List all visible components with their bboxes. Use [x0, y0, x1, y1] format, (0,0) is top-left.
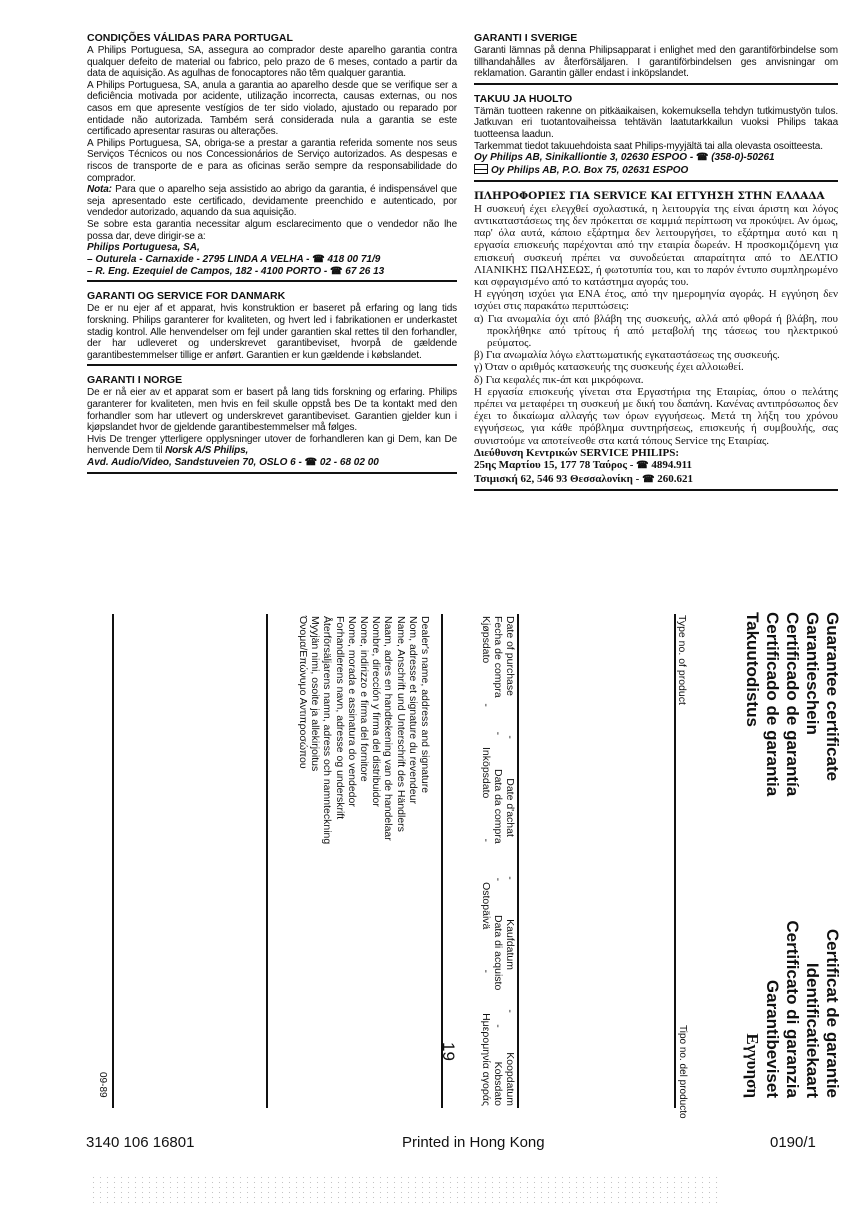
card-title: Garantibeviset: [762, 908, 782, 1098]
printed-in: Printed in Hong Kong: [402, 1134, 545, 1151]
page-number-line: [441, 614, 443, 1108]
finland-para-1: Tämän tuotteen rakenne on pitkäaikaisen,…: [474, 106, 838, 141]
left-column: CONDIÇÕES VÁLIDAS PARA PORTUGAL A Philip…: [87, 32, 457, 474]
heading-norway: GARANTI I NORGE: [87, 374, 457, 386]
card-title: Guarantee certificate: [822, 612, 842, 796]
greece-address-heading: Διεύθυνση Κεντρικών SERVICE PHILIPS:: [474, 447, 838, 459]
norway-para-2: Hvis De trenger ytterligere opplysninger…: [87, 434, 457, 457]
norway-para-1: De er nå eier av et apparat som er baser…: [87, 387, 457, 433]
phone-number: 02 - 68 02 00: [320, 457, 379, 468]
greece-para-3: Η εργασία επισκευής γίνεται στα Εργαστήρ…: [474, 386, 838, 447]
type-label: Type no. of product: [676, 615, 688, 705]
greece-item-a: α) Για ανωμαλία όχι από βλάβη της συσκευ…: [474, 313, 838, 350]
heading-sweden: GARANTI I SVERIGE: [474, 32, 838, 44]
card-title: Certificado de garantia: [762, 612, 782, 796]
section-finland: TAKUU JA HUOLTO Tämän tuotteen rakenne o…: [474, 93, 838, 182]
phone-icon: ☎: [305, 457, 317, 469]
portugal-company: Philips Portuguesa, SA,: [87, 242, 457, 254]
date-labels: Date of purchase-Date d'achat-Kaufdatum-…: [479, 616, 516, 1106]
dealer-labels: Dealer's name, address and signature Nom…: [297, 616, 431, 844]
phone-number: 67 26 13: [345, 266, 384, 277]
dealer-label: Dealer's name, address and signature: [419, 616, 431, 844]
card-titles-left: Guarantee certificate Garantieschein Cer…: [742, 612, 842, 796]
greece-para-2: Η εγγύηση ισχύει για ΕΝΑ έτος, από την η…: [474, 288, 838, 312]
portugal-address-1: – Outurela - Carnaxide - 2795 LINDA A VE…: [87, 254, 457, 266]
section-greece: ΠΛΗΡΟΦΟΡΙΕΣ ΓΙΑ SERVICE ΚΑΙ ΕΓΓΥΗΣΗ ΣΤΗΝ…: [474, 190, 838, 491]
dealer-label: Återförsäljarens namn, adress och namnte…: [321, 616, 333, 844]
sweden-para-1: Garanti lämnas på denna Philipsapparat i…: [474, 45, 838, 80]
note-text: Para que o aparelho seja assistido ao ab…: [87, 184, 457, 218]
phone-icon: ☎: [636, 460, 648, 472]
section-denmark: GARANTI OG SERVICE FOR DANMARK De er nu …: [87, 290, 457, 366]
part-number: 3140 106 16801: [86, 1134, 194, 1151]
greece-address-2: Τσιμισκή 62, 546 93 Θεσσαλονίκη - ☎ 260.…: [474, 473, 838, 486]
dealer-label: Naam, adres en handtekening van de hande…: [382, 616, 394, 844]
heading-portugal: CONDIÇÕES VÁLIDAS PARA PORTUGAL: [87, 32, 457, 44]
page-number: 19: [438, 1042, 458, 1061]
phone-icon: ☎: [642, 474, 654, 486]
signature-line: [112, 614, 114, 1108]
dealer-label: Name, Anschrift und Unterschrift des Hän…: [394, 616, 406, 844]
portugal-para-1: A Philips Portuguesa, SA, assegura ao co…: [87, 45, 457, 80]
portugal-note: Nota: Para que o aparelho seja assistido…: [87, 184, 457, 219]
greece-para-1: Η συσκευή έχει ελεγχθεί σχολαστικά, η λε…: [474, 203, 838, 288]
date-code: 09-89: [97, 1072, 108, 1098]
greece-item-d: δ) Για κεφαλές πικ-άπ και μικρόφωνα.: [474, 374, 838, 386]
date-field-line: [517, 614, 519, 1108]
norway-company: Norsk A/S Philips,: [165, 445, 248, 456]
card-title: Εγγυηση: [742, 908, 762, 1098]
denmark-para-1: De er nu ejer af et apparat, hvis konstr…: [87, 303, 457, 361]
date-row: Date of purchase-Date d'achat-Kaufdatum-…: [504, 616, 516, 1106]
card-title: Certificato di garanzia: [782, 908, 802, 1098]
phone-number: 260.621: [657, 473, 693, 485]
finland-address-2: Oy Philips AB, P.O. Box 75, 02631 ESPOO: [474, 164, 838, 177]
dealer-label: Forhandlerens navn, adresse og underskri…: [333, 616, 345, 844]
phone-icon: ☎: [312, 254, 324, 266]
heading-finland: TAKUU JA HUOLTO: [474, 93, 838, 105]
date-row: Fecha de compra-Data da compra-Data di a…: [492, 616, 504, 1106]
card-title: Garantieschein: [802, 612, 822, 796]
finland-address-1: Oy Philips AB, Sinikalliontie 3, 02630 E…: [474, 152, 838, 164]
dealer-label: Nome, morada e assinatura do vendedor: [346, 616, 358, 844]
heading-denmark: GARANTI OG SERVICE FOR DANMARK: [87, 290, 457, 302]
right-column: GARANTI I SVERIGE Garanti lämnas på denn…: [474, 32, 838, 491]
dealer-label: Myyjän nimi, osoite ja allekirjoitus: [309, 616, 321, 844]
dealer-label: Nombre, dirección y firma del distribuid…: [370, 616, 382, 844]
section-portugal: CONDIÇÕES VÁLIDAS PARA PORTUGAL A Philip…: [87, 32, 457, 282]
type-label-es: Tipo no. del producto: [676, 1025, 688, 1119]
greece-item-b: β) Για ανωμαλία λόγω ελαττωματικής εγκατ…: [474, 349, 838, 361]
phone-number: 4894.911: [651, 459, 692, 471]
norway-address: Avd. Audio/Video, Sandstuveien 70, OSLO …: [87, 457, 457, 469]
phone-number: (358-0)-50261: [711, 152, 774, 163]
card-title: Certificado de garantía: [782, 612, 802, 796]
dealer-label: Nome, indirizzo e firma del fornitore: [358, 616, 370, 844]
greece-address-1: 25ης Μαρτίου 15, 177 78 Ταύρος - ☎ 4894.…: [474, 459, 838, 472]
print-code: 0190/1: [770, 1134, 816, 1151]
finland-para-2: Tarkemmat tiedot takuuehdoista saat Phil…: [474, 141, 838, 153]
scan-noise: [90, 1175, 720, 1205]
dealer-field-line: [266, 614, 268, 1108]
note-label: Nota:: [87, 184, 112, 195]
portugal-para-2: A Philips Portuguesa, SA, anula a garant…: [87, 80, 457, 138]
phone-number: 418 00 71/9: [327, 254, 380, 265]
mail-icon: [474, 164, 488, 174]
date-row: Kjøpsdato-Inköpsdato-Ostopäivä-Ημερομηνί…: [479, 616, 491, 1106]
section-norway: GARANTI I NORGE De er nå eier av et appa…: [87, 374, 457, 473]
phone-icon: ☎: [696, 152, 708, 164]
card-title: Certificat de garantie: [822, 908, 842, 1098]
portugal-para-4: Se sobre esta garantia necessitar algum …: [87, 219, 457, 242]
dealer-label: Όνομα/Επώνυμο Αντιπροσώπου: [297, 616, 309, 844]
greece-item-c: γ) Όταν ο αριθμός κατασκευής της συσκευή…: [474, 361, 838, 373]
phone-icon: ☎: [330, 266, 342, 278]
card-titles-right: Certificat de garantie Identificatiekaar…: [742, 908, 842, 1098]
dealer-label: Nom, adresse et signature du revendeur: [407, 616, 419, 844]
portugal-address-2: – R. Eng. Ezequiel de Campos, 182 - 4100…: [87, 266, 457, 278]
heading-greece: ΠΛΗΡΟΦΟΡΙΕΣ ΓΙΑ SERVICE ΚΑΙ ΕΓΓΥΗΣΗ ΣΤΗΝ…: [474, 190, 838, 202]
section-sweden: GARANTI I SVERIGE Garanti lämnas på denn…: [474, 32, 838, 85]
portugal-para-3: A Philips Portuguesa, SA, obriga-se a pr…: [87, 138, 457, 184]
card-title: Identificatiekaart: [802, 908, 822, 1098]
card-title: Takuutodistus: [742, 612, 762, 796]
